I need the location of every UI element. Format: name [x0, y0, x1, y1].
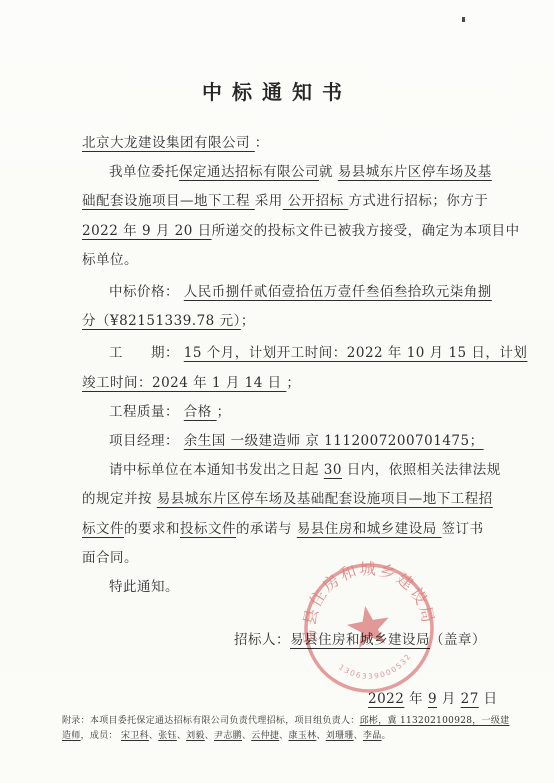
underlined-text: 合格: [184, 404, 217, 420]
text-segment: 签订书: [442, 521, 484, 537]
text-segment: 的承诺与: [236, 521, 297, 537]
underlined-text: 竣工时间：2024 年 1 月 14 日: [82, 375, 286, 391]
underlined-text: 易县城东片区停车场及基础配套设施项目—地下工程招: [157, 491, 493, 507]
underlined-text: 造师: [62, 731, 81, 741]
underlined-text: 云仲捷: [251, 731, 279, 741]
underlined-text: 2022: [368, 691, 404, 707]
underlined-text: 30: [324, 462, 342, 478]
text-segment: 标单位。: [82, 252, 138, 268]
underlined-text: 2022 年 9 月 20 日: [82, 223, 212, 239]
text-segment: 附录：本项目委托保定通达招标有限公司负责代理招标，项目组负责人：: [62, 716, 360, 726]
signature-line: 招标人：易县住房和城乡建设局（盖章）: [234, 628, 486, 648]
scanned-page: 中标通知书 北京大龙建设集团有限公司 ：我单位委托保定通达招标有限公司就 易县城…: [0, 0, 554, 783]
text-segment: 就: [319, 164, 338, 180]
body-line: 工 期： 15 个月，计划开工时间：2022 年 10 月 15 日，计划: [82, 339, 482, 368]
text-segment: 、: [149, 731, 158, 741]
footer-note: 附录：本项目委托保定通达招标有限公司负责代理招标，项目组负责人：邱彬，冀 113…: [62, 714, 522, 744]
text-segment: 的要求和: [124, 521, 180, 537]
body-line: 标文件的要求和投标文件的承诺与 易县住房和城乡建设局 签订书: [82, 515, 482, 544]
document-title: 中标通知书: [0, 76, 554, 105]
seal-number-text: 1306339000532: [336, 650, 416, 687]
text-segment: 方式进行招标；你方于: [348, 193, 488, 209]
text-segment: ；: [217, 404, 231, 420]
underlined-text: 张钰: [158, 731, 177, 741]
body-line: 北京大龙建设集团有限公司 ：: [82, 129, 482, 158]
underlined-text: 投标文件: [180, 521, 236, 537]
underlined-text: 保定通达招标有限公司: [179, 164, 319, 180]
underlined-text: 9: [428, 691, 437, 707]
body-line: 竣工时间：2024 年 1 月 14 日 ；: [82, 369, 482, 398]
text-segment: ；: [286, 375, 300, 391]
body-line: 项目经理： 余生国 一级建造师 京 1112007200701475；: [82, 427, 482, 456]
underlined-text: 余生国 一级建造师 京 1112007200701475；: [184, 433, 484, 449]
underlined-text: 易县住房和城乡建设局: [297, 521, 442, 537]
text-segment: 年: [404, 691, 428, 707]
footer-line: 附录：本项目委托保定通达招标有限公司负责代理招标，项目组负责人：邱彬，冀 113…: [62, 714, 522, 729]
text-segment: 、: [205, 731, 214, 741]
underlined-text: 李晶: [363, 731, 382, 741]
underlined-text: 分（¥82151339.78 元）: [82, 313, 241, 329]
underlined-text: 康玉林: [288, 731, 316, 741]
underlined-text: 邱彬，冀 113202100928，一级建: [360, 716, 510, 726]
underlined-text: 刘毅: [186, 731, 205, 741]
body-line: 标单位。: [82, 246, 482, 275]
body-line: 请中标单位在本通知书发出之日起 30 日内，依照相关法律法规: [82, 456, 482, 485]
body-line: 的规定并按 易县城东片区停车场及基础配套设施项目—地下工程招: [82, 485, 482, 514]
text-segment: 、: [316, 731, 325, 741]
text-segment: 、: [354, 731, 363, 741]
text-segment: 。: [382, 731, 391, 741]
text-segment: 招标人：: [234, 632, 290, 648]
body-line: 分（¥82151339.78 元）；: [82, 307, 482, 336]
text-segment: 中标价格：: [109, 284, 184, 300]
signature-text: 招标人：易县住房和城乡建设局（盖章）: [234, 628, 486, 648]
underlined-text: 础配套设施项目—地下工程: [82, 193, 255, 209]
date-text: 2022 年 9 月 27 日: [368, 687, 498, 707]
document-body: 北京大龙建设集团有限公司 ：我单位委托保定通达招标有限公司就 易县城东片区停车场…: [82, 129, 482, 602]
text-segment: 所递交的投标文件已被我方接受，确定为本项目中: [212, 223, 520, 239]
underlined-text: 标文件: [82, 521, 124, 537]
scan-artifact: [462, 17, 465, 22]
text-segment: 工程质量：: [109, 404, 184, 420]
underlined-text: 27: [461, 691, 479, 707]
body-line: 2022 年 9 月 20 日所递交的投标文件已被我方接受，确定为本项目中: [82, 217, 482, 246]
underlined-text: 易县住房和城乡建设局: [290, 632, 430, 648]
text-segment: 、: [177, 731, 186, 741]
body-line: 面合同。: [82, 544, 482, 573]
underlined-text: 公开招标: [283, 193, 349, 209]
body-line: 础配套设施项目—地下工程 采用 公开招标 方式进行招标；你方于: [82, 187, 482, 216]
text-segment: ，成员：: [81, 731, 121, 741]
text-segment: 、: [242, 731, 251, 741]
text-segment: 工 期：: [109, 345, 184, 361]
underlined-text: 人民币捌仟贰佰壹拾伍万壹仟叁佰叁拾玖元柒角捌: [184, 284, 492, 300]
text-segment: （盖章）: [430, 632, 486, 648]
text-segment: 日: [479, 691, 498, 707]
body-line: 我单位委托保定通达招标有限公司就 易县城东片区停车场及基: [82, 158, 482, 187]
underlined-text: 尹志鹏: [214, 731, 242, 741]
text-segment: 面合同。: [82, 550, 138, 566]
body-line: 中标价格： 人民币捌仟贰佰壹拾伍万壹仟叁佰叁拾玖元柒角捌: [82, 278, 482, 307]
text-segment: 特此通知。: [109, 579, 179, 595]
underlined-text: 北京大龙建设集团有限公司: [82, 135, 255, 151]
svg-text:1306339000532: 1306339000532: [336, 650, 416, 687]
underlined-text: 易县城东片区停车场及基: [338, 164, 492, 180]
date-line: 2022 年 9 月 27 日: [368, 687, 498, 707]
underlined-text: 刘珊珊: [326, 731, 354, 741]
body-line: 特此通知。: [82, 573, 482, 602]
body-line: 工程质量： 合格 ；: [82, 398, 482, 427]
text-segment: 请中标单位在本通知书发出之日起: [109, 462, 324, 478]
underlined-text: 15 个月，计划开工时间：2022 年 10 月 15 日，计划: [184, 345, 528, 361]
text-segment: 项目经理：: [109, 433, 184, 449]
footer-line: 造师，成员： 宋卫科、张钰、刘毅、尹志鹏、云仲捷、康玉林、刘珊珊、李晶。: [62, 729, 522, 744]
underlined-text: 宋卫科: [121, 731, 149, 741]
text-segment: 我单位委托: [109, 164, 179, 180]
text-segment: ；: [241, 313, 255, 329]
text-segment: 的规定并按: [82, 491, 157, 507]
text-segment: 月: [437, 691, 461, 707]
text-segment: ：: [255, 135, 269, 151]
text-segment: 采用: [255, 193, 283, 209]
text-segment: 日内，依照相关法律法规: [342, 462, 501, 478]
